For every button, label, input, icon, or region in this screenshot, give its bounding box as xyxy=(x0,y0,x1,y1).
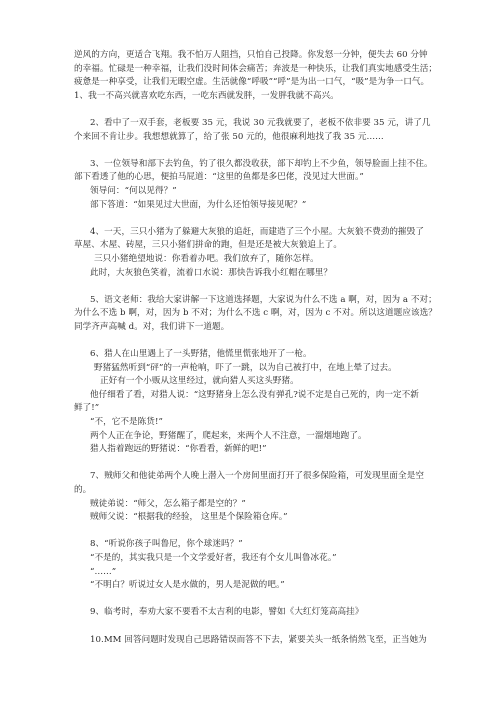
joke-4-line: 4、一天，三只小猪为了躲避大灰狼的追赶，而建造了三个小屋。大灰狼不费劲的摧毁了 xyxy=(74,226,426,240)
joke-10-line: 10.MM 回答问题时发现自己思路错误而答不下去，紧要关头一纸条悄然飞至，正当她… xyxy=(74,634,426,648)
joke-4-line: 三只小猪绝望地说：你看着办吧。我们放弃了，随你怎样。 xyxy=(74,253,426,267)
joke-3-line: 3、一位领导和部下去钓鱼，钓了很久都没收获，部下却钓上不少鱼，领导脸面上挂不住。 xyxy=(74,158,426,172)
joke-7-line: 的。 xyxy=(74,484,426,498)
joke-6-line: “不，它不是陈货!” xyxy=(74,416,426,430)
paragraph-gap xyxy=(74,334,426,348)
joke-1-line: 1、我一不高兴就喜欢吃东西，一吃东西就发胖，一发胖我就不高兴。 xyxy=(74,90,426,104)
joke-6-line: 猎人指着跑远的野猪说：“你看看，新鲜的吧!” xyxy=(74,443,426,457)
joke-6-line: 两个人正在争论，野猪醒了，爬起来，来两个人不注意，一溜烟地跑了。 xyxy=(74,430,426,444)
joke-4-line: 此时，大灰狼色笑着，流着口水说：那快告诉我小红帽在哪里？ xyxy=(74,267,426,281)
joke-7-line: 7、贼师父和他徒弟两个人晚上潜入一个房间里面打开了很多保险箱，可发现里面全是空 xyxy=(74,470,426,484)
joke-8-line: “不明白？听说过女人是水做的，男人是泥做的吧。” xyxy=(74,579,426,593)
paragraph-gap xyxy=(74,525,426,539)
joke-8-line: 8、“听说你孩子叫鲁尼，你个球迷吗？” xyxy=(74,538,426,552)
joke-6-line: 正好有一个小贩从这里经过，就向猎人买这头野猪。 xyxy=(74,375,426,389)
joke-6-line: 他仔细看了看，对猎人说：“这野猪身上怎么没有弹孔?说不定是自己死的，肉一定不新 xyxy=(74,389,426,403)
joke-3-line: 部下看透了他的心思，便拍马屁道：“这里的鱼都是多巴佬，没见过大世面。” xyxy=(74,171,426,185)
joke-4-line: 草屋、木屋、砖屋，三只小猪们拼命的跑，但是还是被大灰狼追上了。 xyxy=(74,239,426,253)
joke-2-line: 2、看中了一双手套，老板要 35 元，我说 30 元我就要了，老板不依非要 35… xyxy=(74,117,426,131)
joke-6-line: 鲜了!” xyxy=(74,402,426,416)
paragraph-gap xyxy=(74,457,426,471)
intro-line: 的幸福。忙碌是一种幸福，让我们没时间体会痛苦；奔波是一种快乐，让我们真实地感受生… xyxy=(74,63,426,77)
joke-3-line: 部下答道：“如果见过大世面，为什么还怕领导接见呢？” xyxy=(74,199,426,213)
joke-6-line: 野猪猛然听到“砰”的一声枪响，吓了一跳，以为自己被打中，在地上晕了过去。 xyxy=(74,362,426,376)
joke-7-line: 贼徒弟说：“师父，怎么箱子都是空的？” xyxy=(74,498,426,512)
joke-3-line: 领导问：“何以见得？” xyxy=(74,185,426,199)
paragraph-gap xyxy=(74,620,426,634)
joke-7-line: 贼师父说：“根据我的经验， 这里是个保险箱仓库。” xyxy=(74,511,426,525)
intro-line: 逆风的方向，更适合飞翔。我不怕万人阻挡，只怕自己投降。你发怒一分钟，便失去 60… xyxy=(74,49,426,63)
joke-2-line: 个来回不肯让步。我想想就算了，给了张 50 元的，他很麻利地找了我 35 元…… xyxy=(74,131,426,145)
document-page: 逆风的方向，更适合飞翔。我不怕万人阻挡，只怕自己投降。你发怒一分钟，便失去 60… xyxy=(74,49,426,647)
joke-5-line: 为什么不选 b 啊，对，因为 b 不对；为什么不选 c 啊，对，因为 c 不对。… xyxy=(74,307,426,321)
joke-8-line: “……” xyxy=(74,566,426,580)
paragraph-gap xyxy=(74,593,426,607)
joke-5-line: 同学齐声高喊 d。对，我们讲下一道题。 xyxy=(74,321,426,335)
joke-5-line: 5、语文老师：我给大家讲解一下这道选择题，大家说为什么不选 a 啊，对，因为 a… xyxy=(74,294,426,308)
joke-8-line: “不是的，其实我只是一个文学爱好者，我还有个女儿叫鲁冰花。” xyxy=(74,552,426,566)
intro-line: 疲惫是一种享受，让我们无暇空虚。生活就像“呼吸”“呼”是为出一口气，“吸”是为争… xyxy=(74,76,426,90)
paragraph-gap xyxy=(74,280,426,294)
paragraph-gap xyxy=(74,212,426,226)
joke-6-line: 6、猎人在山里遇上了一头野猪，他慌里慌张地开了一枪。 xyxy=(74,348,426,362)
paragraph-gap xyxy=(74,103,426,117)
paragraph-gap xyxy=(74,144,426,158)
joke-9-line: 9、临考时，奉劝大家不要看不太吉利的电影，譬如《大红灯笼高高挂》 xyxy=(74,606,426,620)
